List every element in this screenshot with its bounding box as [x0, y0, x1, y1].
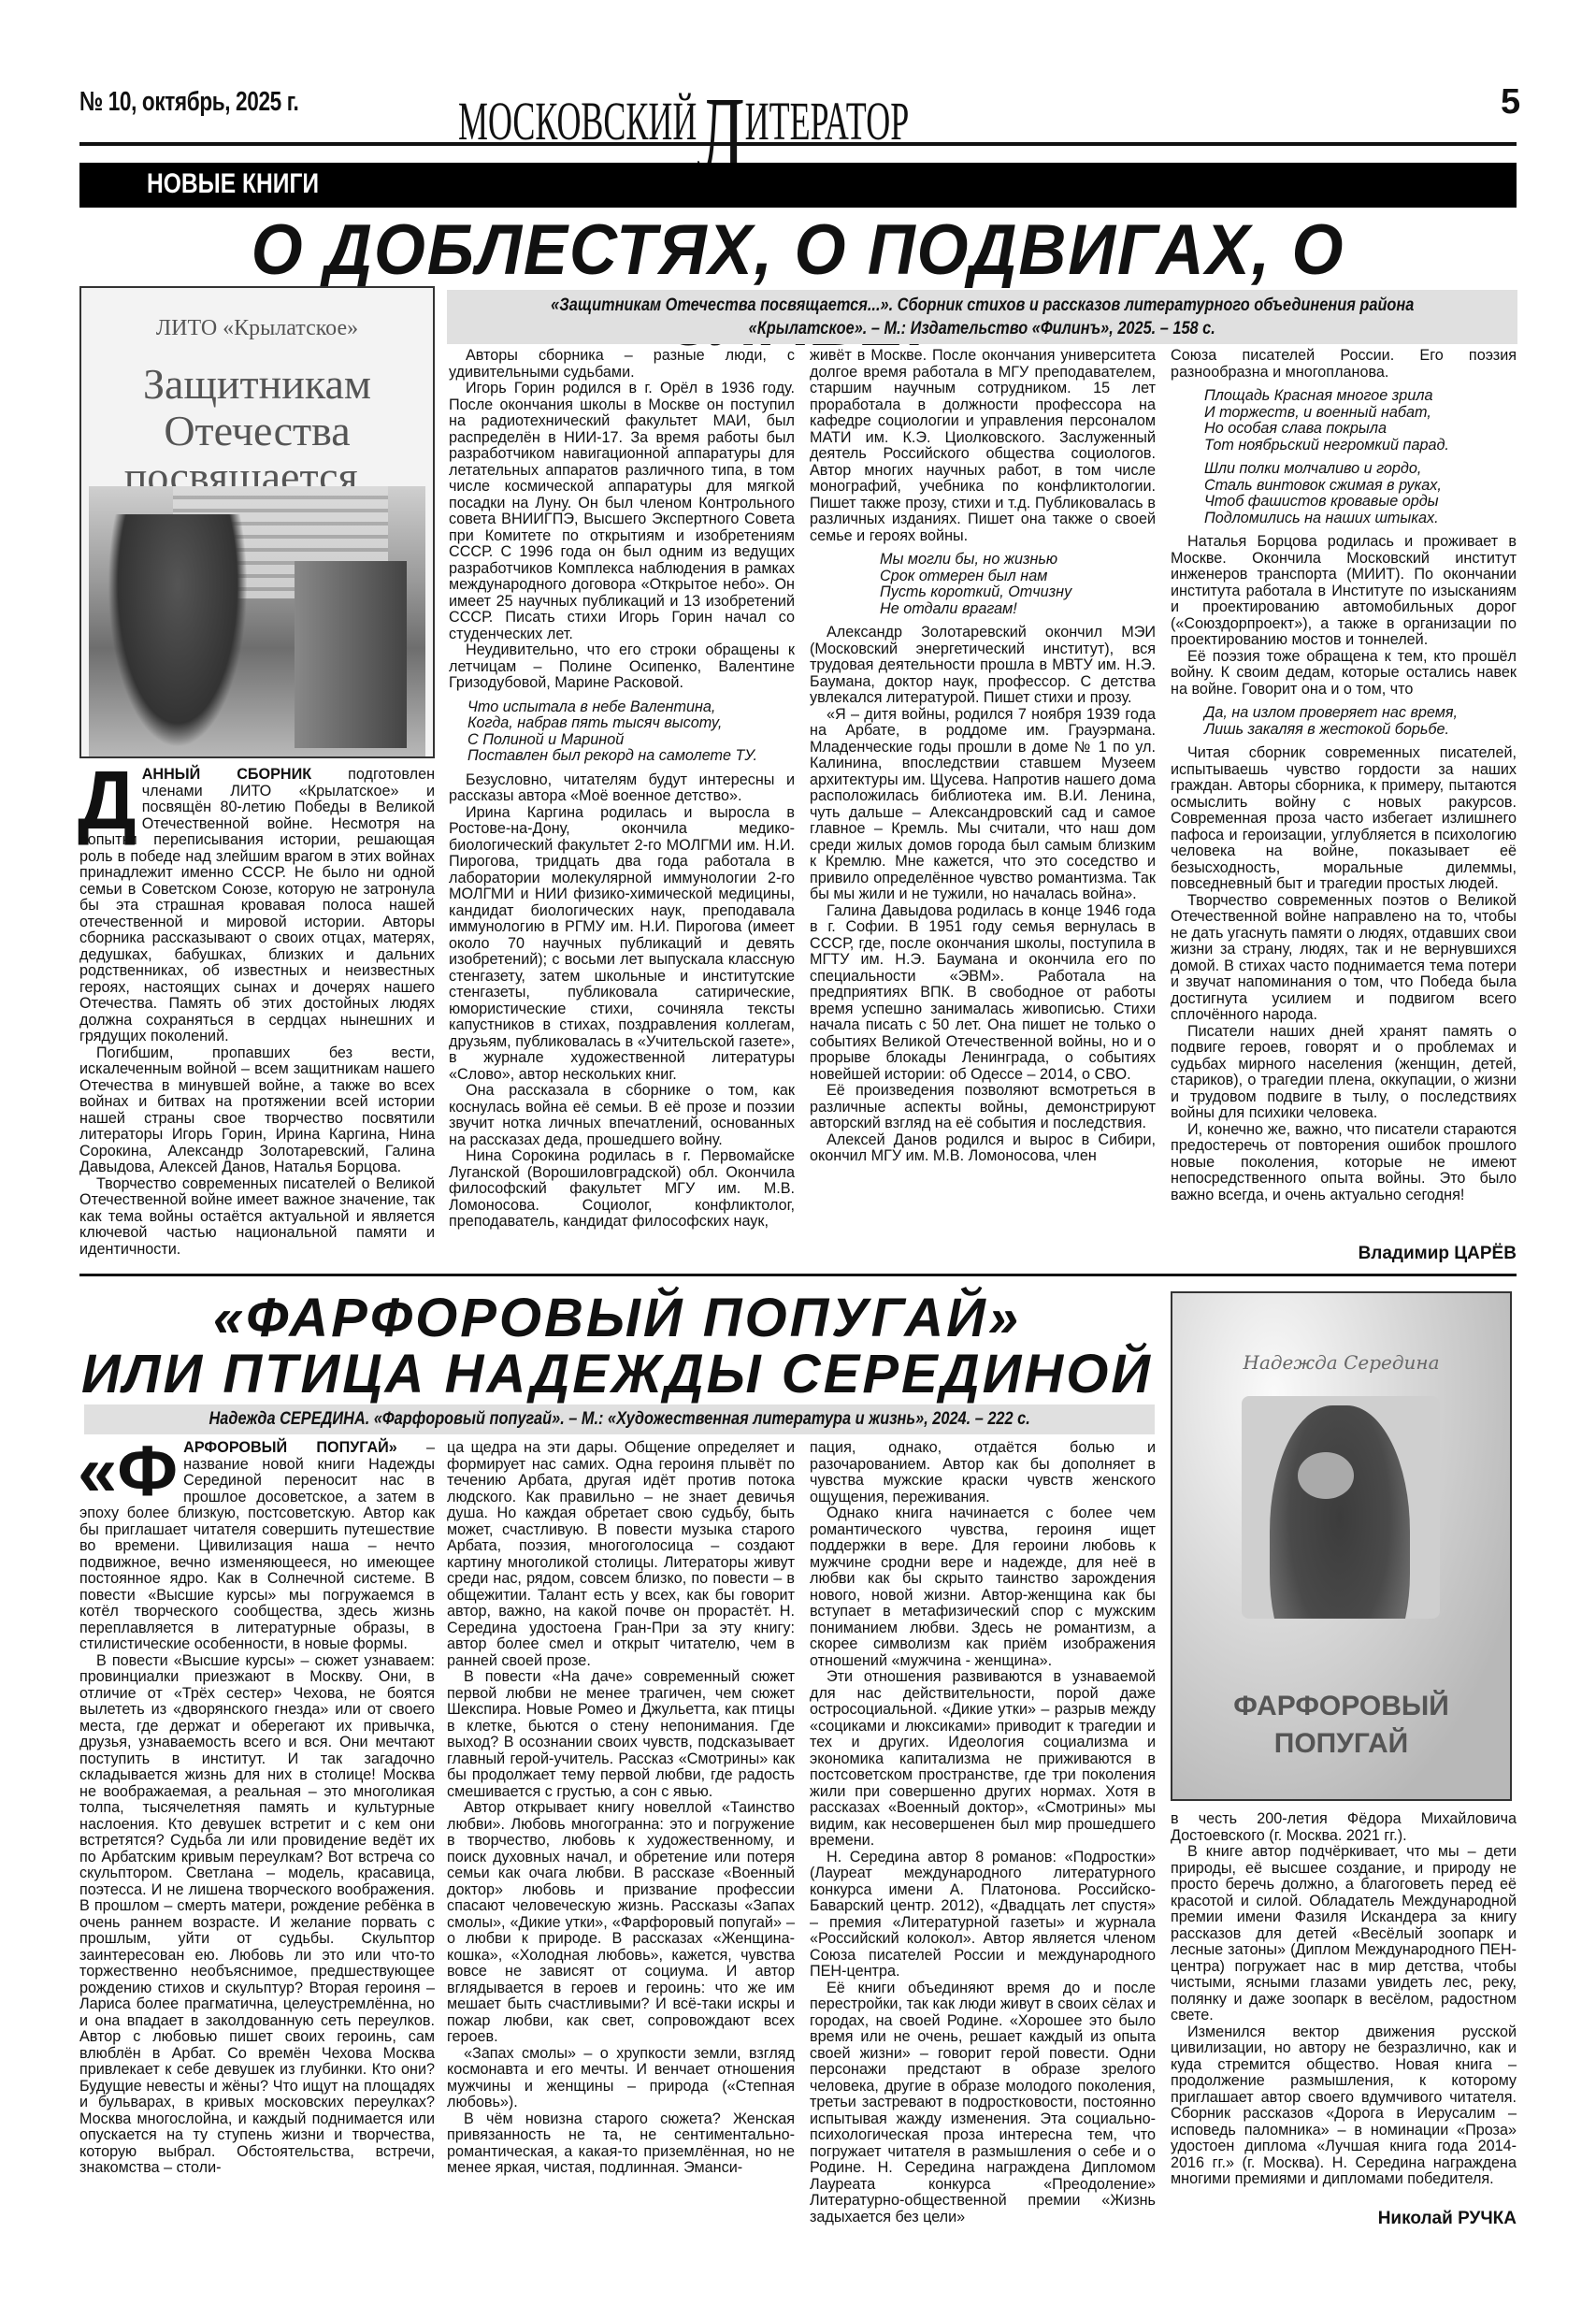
book-cover-zashchitnikam: ЛИТО «Крылатское» Защитникам Отечества п… — [79, 286, 435, 758]
paragraph: И, конечно же, важно, что писатели стара… — [1171, 1122, 1517, 1204]
paragraph: «Запах смолы» – о хрупкости земли, взгля… — [447, 2046, 795, 2111]
article1-author-signature: Владимир ЦАРЁВ — [1171, 1244, 1517, 1264]
cover-title: ФАРФОРОВЫЙ ПОПУГАЙ — [1172, 1688, 1510, 1763]
issue-date: № 10, октябрь, 2025 г. — [79, 87, 298, 118]
book-cover-farforovyi-popugai: Надежда Середина ФАРФОРОВЫЙ ПОПУГАЙ — [1171, 1291, 1512, 1801]
paragraph: Автор открывает книгу новеллой «Таинство… — [447, 1800, 795, 2046]
cover-parrot-image — [1242, 1396, 1440, 1619]
paragraph: Алексей Данов родился и вырос в Сибири, … — [810, 1132, 1156, 1165]
paragraph: Игорь Горин родился в г. Орёл в 1936 год… — [449, 381, 795, 642]
article2-author-signature: Николай РУЧКА — [1171, 2209, 1517, 2229]
article2-column-4: в честь 200-летия Фёдора Михайловича Дос… — [1171, 1811, 1517, 2188]
paragraph: Авторы сборника – разные люди, с удивите… — [449, 348, 795, 381]
paragraph: Александр Золотаревский окончил МЭИ (Мос… — [810, 625, 1156, 707]
lead-in: АННЫЙ СБОРНИК — [142, 766, 311, 783]
paragraph: Однако книга начинается с более чем рома… — [810, 1505, 1156, 1669]
headline-line: ИЛИ ПТИЦА НАДЕЖДЫ СЕРЕДИНОЙ — [79, 1347, 1155, 1403]
article1-column-3: живёт в Москве. После окончания универси… — [810, 348, 1156, 1165]
paragraph: пация, однако, отдаётся болью и разочаро… — [810, 1440, 1156, 1505]
paragraph: Изменился вектор движения русской цивили… — [1171, 2024, 1517, 2188]
paragraph: Писатели наших дней хранят память о подв… — [1171, 1024, 1517, 1122]
book-info-bar: «Защитникам Отечества посвящается...». С… — [447, 290, 1517, 344]
paragraph: «Я – дитя войны, родился 7 ноября 1939 г… — [810, 707, 1156, 903]
cover-title: Защитникам Отечества посвящается... — [81, 361, 433, 500]
verse: Площадь Красная многое зрила И торжеств,… — [1204, 388, 1517, 454]
article2-column-1: «ФАРФОРОВЫЙ ПОПУГАЙ» – название новой кн… — [79, 1440, 435, 2177]
photo-monument — [295, 561, 407, 748]
paragraph: В чём новизна старого сюжета? Женская пр… — [447, 2111, 795, 2177]
article1-column-4: Союза писателей России. Его поэзия разно… — [1171, 348, 1517, 1203]
paragraph: Нина Сорокина родилась в г. Первомайске … — [449, 1148, 795, 1231]
verse: Да, на излом проверяет нас время, Лишь з… — [1204, 705, 1517, 738]
paragraph: ДАННЫЙ СБОРНИК подготовлен членами ЛИТО … — [79, 767, 435, 1045]
drop-cap: Д — [78, 769, 137, 832]
cover-photo-monument — [89, 486, 425, 756]
paragraph: Союза писателей России. Его поэзия разно… — [1171, 348, 1517, 381]
book-info-bar: Надежда СЕРЕДИНА. «Фарфоровый попугай». … — [84, 1404, 1155, 1434]
paragraph: Творчество современных писателей о Велик… — [79, 1176, 435, 1259]
paragraph: Галина Давыдова родилась в конце 1946 го… — [810, 903, 1156, 1084]
photo-statue — [108, 514, 248, 748]
drop-cap: «Ф — [78, 1444, 178, 1500]
book-info-text: Надежда СЕРЕДИНА. «Фарфоровый попугай». … — [208, 1404, 1029, 1434]
paragraph: «ФАРФОРОВЫЙ ПОПУГАЙ» – название новой кн… — [79, 1440, 435, 1653]
article1-column-1: ДАННЫЙ СБОРНИК подготовлен членами ЛИТО … — [79, 767, 435, 1258]
verse: Что испытала в небе Валентина, Когда, на… — [467, 699, 795, 765]
paragraph: В повести «На даче» современный сюжет пе… — [447, 1669, 795, 1800]
section-bar: НОВЫЕ КНИГИ — [79, 163, 1517, 208]
paragraph: живёт в Москве. После окончания универси… — [810, 348, 1156, 544]
page-number: 5 — [1501, 82, 1520, 122]
lead-in: АРФОРОВЫЙ ПОПУГАЙ» — [183, 1439, 397, 1456]
article-divider — [79, 1274, 1517, 1276]
paragraph: Её поэзия тоже обращена к тем, кто прошё… — [1171, 649, 1517, 699]
paragraph: В книге автор подчёркивает, что мы – дет… — [1171, 1844, 1517, 2024]
paragraph: Эти отношения развиваются в узнаваемой д… — [810, 1669, 1156, 1850]
verse: Мы могли бы, но жизнью Срок отмерен был … — [880, 552, 1156, 617]
paragraph: Н. Середина автор 8 романов: «Подростки»… — [810, 1850, 1156, 1981]
parrot-beak — [1298, 1452, 1354, 1499]
paragraph: Ирина Каргина родилась и выросла в Росто… — [449, 805, 795, 1084]
cover-title-line: Отечества — [81, 408, 433, 454]
paragraph: Творчество современных поэтов о Великой … — [1171, 893, 1517, 1024]
masthead-rule — [79, 142, 1517, 146]
article2-column-3: пация, однако, отдаётся болью и разочаро… — [810, 1440, 1156, 2225]
article2-headline: «ФАРФОРОВЫЙ ПОПУГАЙ» ИЛИ ПТИЦА НАДЕЖДЫ С… — [79, 1290, 1155, 1403]
paragraph: В повести «Высшие курсы» – сюжет узнавае… — [79, 1653, 435, 2177]
paragraph: в честь 200-летия Фёдора Михайловича Дос… — [1171, 1811, 1517, 1844]
book-info-line2: «Крылатское». – М.: Издательство «Филинъ… — [749, 317, 1215, 340]
book-info-line1: «Защитникам Отечества посвящается...». С… — [551, 294, 1414, 317]
paragraph: Её произведения позволяют всмотреться в … — [810, 1083, 1156, 1132]
article2-column-2: ца щедра на эти дары. Общение определяет… — [447, 1440, 795, 2177]
headline-line: «ФАРФОРОВЫЙ ПОПУГАЙ» — [79, 1290, 1155, 1347]
paragraph: Погибшим, пропавших без вести, искалечен… — [79, 1045, 435, 1176]
article1-column-2: Авторы сборника – разные люди, с удивите… — [449, 348, 795, 1231]
paragraph: Она рассказала в сборнике о том, как кос… — [449, 1083, 795, 1148]
cover-lito: ЛИТО «Крылатское» — [81, 316, 433, 341]
section-label: НОВЫЕ КНИГИ — [147, 168, 319, 200]
paragraph: ца щедра на эти дары. Общение определяет… — [447, 1440, 795, 1669]
cover-title-line: Защитникам — [81, 361, 433, 408]
parrot-illustration — [1270, 1405, 1410, 1619]
cover-author: Надежда Середина — [1172, 1351, 1510, 1374]
paragraph: Читая сборник современных писателей, исп… — [1171, 745, 1517, 893]
paragraph: Её книги объединяют время до и после пер… — [810, 1981, 1156, 2226]
paragraph: Неудивительно, что его строки обращены к… — [449, 642, 795, 692]
paragraph: Безусловно, читателям будут интересны и … — [449, 772, 795, 805]
paragraph: Наталья Борцова родилась и проживает в М… — [1171, 534, 1517, 649]
verse: Шли полки молчаливо и гордо, Сталь винто… — [1204, 461, 1517, 526]
